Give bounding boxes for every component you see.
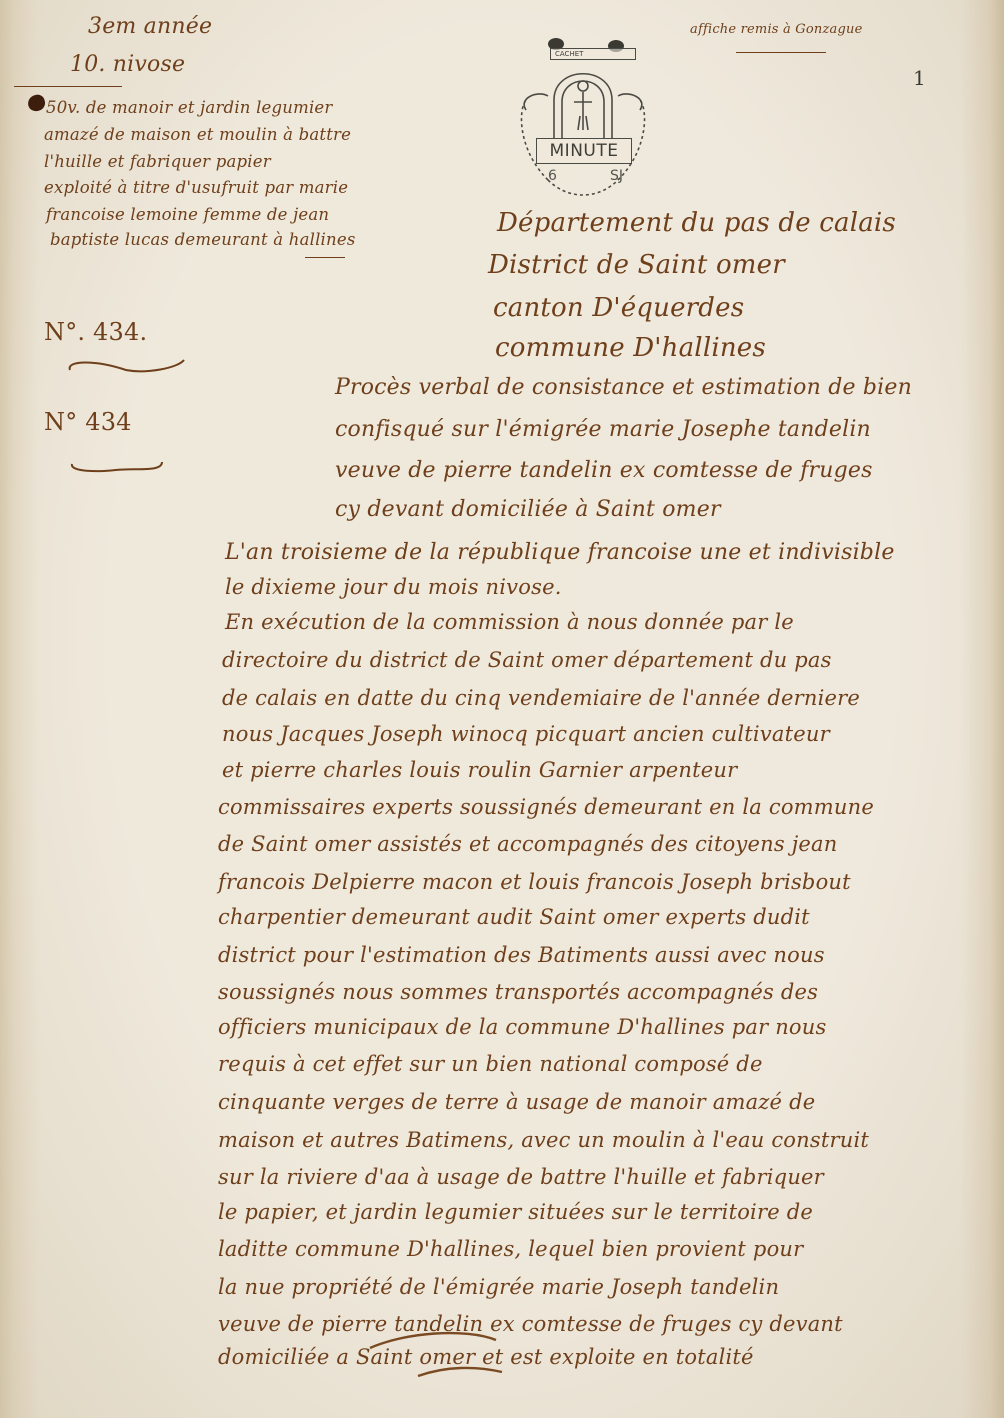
top-right-note: affiche remis à Gonzague	[690, 22, 862, 37]
margin-underline	[305, 257, 345, 258]
manuscript-page: 3em année 10. nivose 50v. de manoir et j…	[0, 0, 1004, 1418]
header-commune: commune D'hallines	[495, 333, 766, 363]
body-line: francois Delpierre macon et louis franco…	[218, 870, 851, 894]
folio-number: 1	[913, 66, 926, 90]
title-line: cy devant domiciliée à Saint omer	[335, 497, 721, 522]
body-line: district pour l'estimation des Batiments…	[218, 943, 825, 967]
reference-number: N° 434	[44, 408, 132, 436]
body-line: de calais en datte du cinq vendemiaire d…	[222, 686, 860, 710]
header-department: Département du pas de calais	[497, 208, 896, 238]
body-line: la nue propriété de l'émigrée marie Jose…	[218, 1275, 779, 1299]
brace-flourish	[68, 460, 168, 478]
body-line: commissaires experts soussignés demeuran…	[218, 795, 874, 819]
stamp-price-left: 6	[548, 168, 557, 184]
body-line: directoire du district de Saint omer dép…	[222, 648, 832, 672]
stamp-label: MINUTE	[536, 138, 632, 164]
brace-flourish	[66, 358, 190, 380]
margin-summary-line: francoise lemoine femme de jean	[46, 205, 329, 224]
note-underline	[736, 52, 826, 53]
date-underline	[14, 86, 122, 87]
margin-summary-line: amazé de maison et moulin à battre	[44, 125, 351, 144]
body-line: et pierre charles louis roulin Garnier a…	[222, 758, 737, 782]
body-line: requis à cet effet sur un bien national …	[218, 1052, 763, 1076]
title-line: confisqué sur l'émigrée marie Josephe ta…	[335, 417, 871, 442]
stamp-price: 6 SJ	[548, 168, 623, 184]
body-line: maison et autres Batimens, avec un mouli…	[218, 1128, 869, 1152]
body-line: laditte commune D'hallines, lequel bien …	[218, 1237, 803, 1261]
margin-summary-line: 50v. de manoir et jardin legumier	[46, 98, 332, 117]
title-line: veuve de pierre tandelin ex comtesse de …	[335, 458, 873, 483]
stamp-price-right: SJ	[610, 168, 623, 184]
ink-blot	[26, 93, 47, 113]
body-line: sur la riviere d'aa à usage de battre l'…	[218, 1165, 824, 1189]
day-note: 10. nivose	[70, 52, 185, 77]
body-line: officiers municipaux de la commune D'hal…	[218, 1015, 826, 1039]
body-line: le papier, et jardin legumier situées su…	[218, 1200, 813, 1224]
reference-number: N°. 434.	[44, 318, 147, 346]
margin-summary-line: baptiste lucas demeurant à hallines	[50, 230, 356, 249]
body-line: veuve de pierre tandelin ex comtesse de …	[218, 1312, 843, 1336]
margin-summary-line: exploité à titre d'usufruit par marie	[44, 178, 348, 197]
body-line: L'an troisieme de la république francois…	[225, 540, 895, 565]
body-line: cinquante verges de terre à usage de man…	[218, 1090, 815, 1114]
minute-stamp: CACHET MINUTE 6 SJ	[508, 30, 658, 205]
closing-flourish	[366, 1326, 516, 1386]
body-line: le dixieme jour du mois nivose.	[225, 575, 562, 599]
body-line: nous Jacques Joseph winocq picquart anci…	[222, 722, 830, 746]
body-line: de Saint omer assistés et accompagnés de…	[218, 832, 837, 856]
header-canton: canton D'équerdes	[493, 293, 744, 323]
stamp-banner: CACHET	[550, 48, 636, 60]
body-line: soussignés nous sommes transportés accom…	[218, 980, 818, 1004]
margin-summary-line: l'huille et fabriquer papier	[44, 152, 271, 171]
header-district: District de Saint omer	[488, 250, 785, 280]
year-note: 3em année	[88, 14, 212, 39]
body-line: En exécution de la commission à nous don…	[225, 610, 794, 634]
title-line: Procès verbal de consistance et estimati…	[335, 375, 912, 400]
body-line: charpentier demeurant audit Saint omer e…	[218, 905, 810, 929]
